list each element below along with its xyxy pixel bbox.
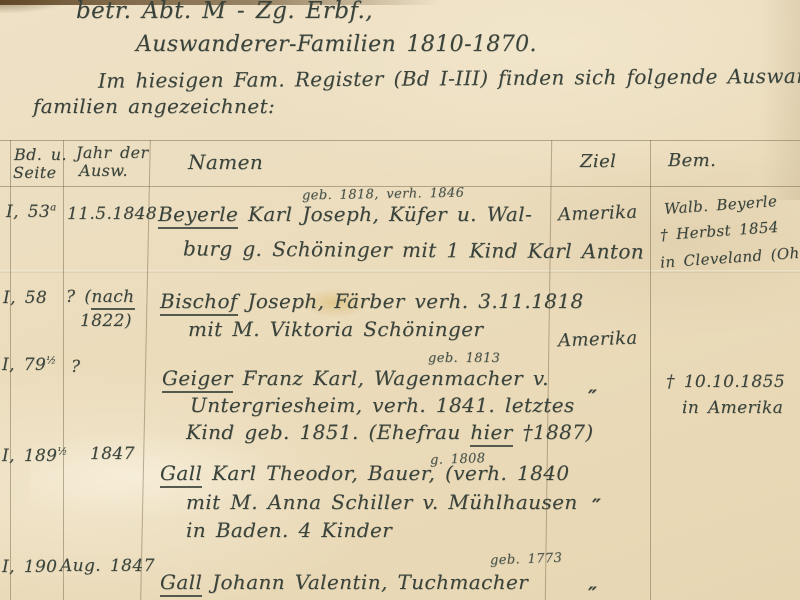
- row5-name-rest: Johann Valentin, Tuchmacher: [202, 570, 528, 594]
- header-bem: Bem.: [668, 150, 716, 171]
- doc-reference-line: betr. Abt. M - Zg. Erbf.,: [76, 0, 373, 24]
- row3-birth-note: geb. 1813: [428, 351, 500, 366]
- row2-jahr-nach: nach: [91, 287, 134, 310]
- row5-surname: Gall: [160, 570, 202, 597]
- row1-bd-sup: a: [50, 202, 56, 213]
- scanned-register-page: betr. Abt. M - Zg. Erbf., Auswanderer-Fa…: [0, 0, 800, 600]
- row3-bd-text: I, 79: [2, 355, 46, 375]
- intro-line-1: Im hiesigen Fam. Register (Bd I-III) fin…: [98, 63, 800, 92]
- row4-bd-text: I, 189: [2, 446, 57, 466]
- row2-jahr-line2: 1822): [80, 311, 132, 331]
- row3-jahr: ?: [71, 357, 81, 377]
- paper-topleft-corner-shadow: [0, 0, 70, 14]
- table-rule-header-top: [0, 140, 800, 141]
- row3-bem-line1: † 10.10.1855: [666, 372, 785, 392]
- row1-bem-line1: Walb. Beyerle: [664, 192, 778, 218]
- row1-band-seite: I, 53a: [6, 202, 57, 222]
- row1-bem-line2: † Herbst 1854: [660, 218, 780, 244]
- row4-name-line2: mit M. Anna Schiller v. Mühlhausen: [186, 490, 578, 514]
- header-jahr-line1: Jahr der: [76, 143, 149, 162]
- row3-name-line2: Untergriesheim, verh. 1841. letztes: [190, 393, 575, 417]
- row3-line3-pre: Kind geb. 1851. (Ehefrau: [186, 420, 470, 444]
- row3-name-line3: Kind geb. 1851. (Ehefrau hier †1887): [186, 420, 594, 444]
- row1-name-line1: Beyerle Karl Joseph, Küfer u. Wal-: [158, 202, 532, 226]
- row1-ziel: Amerika: [558, 202, 638, 226]
- row4-band-seite: I, 189½: [2, 446, 68, 466]
- row1-bem-line3: in Cleveland (Ohio): [660, 242, 800, 271]
- header-ziel: Ziel: [580, 151, 616, 172]
- row3-bem-line2: in Amerika: [682, 398, 783, 418]
- row2-name-line2: mit M. Viktoria Schöninger: [188, 317, 483, 341]
- row2-jahr-pre: ? (: [66, 287, 91, 307]
- row5-name-line1: Gall Johann Valentin, Tuchmacher: [160, 570, 528, 594]
- header-band-seite-line1: Bd. u.: [14, 145, 67, 164]
- row4-surname: Gall: [160, 461, 202, 488]
- row5-birth-note: geb. 1773: [490, 551, 563, 569]
- header-namen: Namen: [188, 150, 263, 174]
- paper-fold-topright: [760, 0, 800, 200]
- header-band-seite-line2: Seite: [13, 163, 56, 182]
- row3-surname: Geiger: [162, 366, 233, 393]
- row1-surname: Beyerle: [158, 202, 238, 229]
- table-rule-col1: [63, 140, 64, 600]
- row4-name-line3: in Baden. 4 Kinder: [186, 518, 392, 542]
- paper-crease-horizontal: [0, 270, 800, 273]
- header-jahr-line2: Ausw.: [79, 161, 128, 180]
- row2-name-rest: Joseph, Färber verh. 3.11.1818: [238, 289, 584, 313]
- row3-line3-hier: hier: [470, 420, 512, 447]
- intro-line-2: familien angezeichnet:: [33, 94, 275, 118]
- row2-ziel: Amerika: [558, 328, 638, 352]
- table-rule-col4: [650, 140, 651, 600]
- row3-ziel-ditto: ″: [588, 385, 597, 409]
- row1-jahr: 11.5.1848: [67, 204, 157, 224]
- row2-surname: Bischof: [160, 289, 238, 316]
- row3-bd-sup: ½: [46, 355, 56, 366]
- row4-name-rest: Karl Theodor, Bauer, (verh. 1840: [202, 461, 569, 485]
- row3-name-rest: Franz Karl, Wagenmacher v.: [233, 366, 549, 390]
- row4-bd-sup: ½: [57, 446, 67, 457]
- row3-line3-post: †1887): [513, 420, 594, 444]
- row1-birth-marriage-note: geb. 1818, verh. 1846: [302, 186, 465, 204]
- row4-ziel-ditto: ″: [592, 494, 601, 518]
- row5-band-seite: I, 190: [2, 557, 57, 577]
- row5-ziel-ditto: ″: [588, 582, 597, 600]
- row4-jahr: 1847: [90, 444, 135, 464]
- row1-name-rest: Karl Joseph, Küfer u. Wal-: [238, 202, 532, 226]
- row1-bd-text: I, 53: [6, 202, 50, 222]
- row2-jahr-line1: ? (nach: [66, 287, 135, 307]
- row5-jahr: Aug. 1847: [60, 556, 155, 576]
- row4-name-line1: Gall Karl Theodor, Bauer, (verh. 1840: [160, 461, 569, 485]
- doc-title: Auswanderer-Familien 1810-1870.: [136, 32, 537, 57]
- row3-band-seite: I, 79½: [2, 355, 56, 375]
- row2-name-line1: Bischof Joseph, Färber verh. 3.11.1818: [160, 289, 584, 313]
- row1-name-line2: burg g. Schöninger mit 1 Kind Karl Anton: [183, 236, 644, 263]
- row2-band-seite: I, 58: [3, 288, 47, 308]
- row3-name-line1: Geiger Franz Karl, Wagenmacher v.: [162, 366, 549, 390]
